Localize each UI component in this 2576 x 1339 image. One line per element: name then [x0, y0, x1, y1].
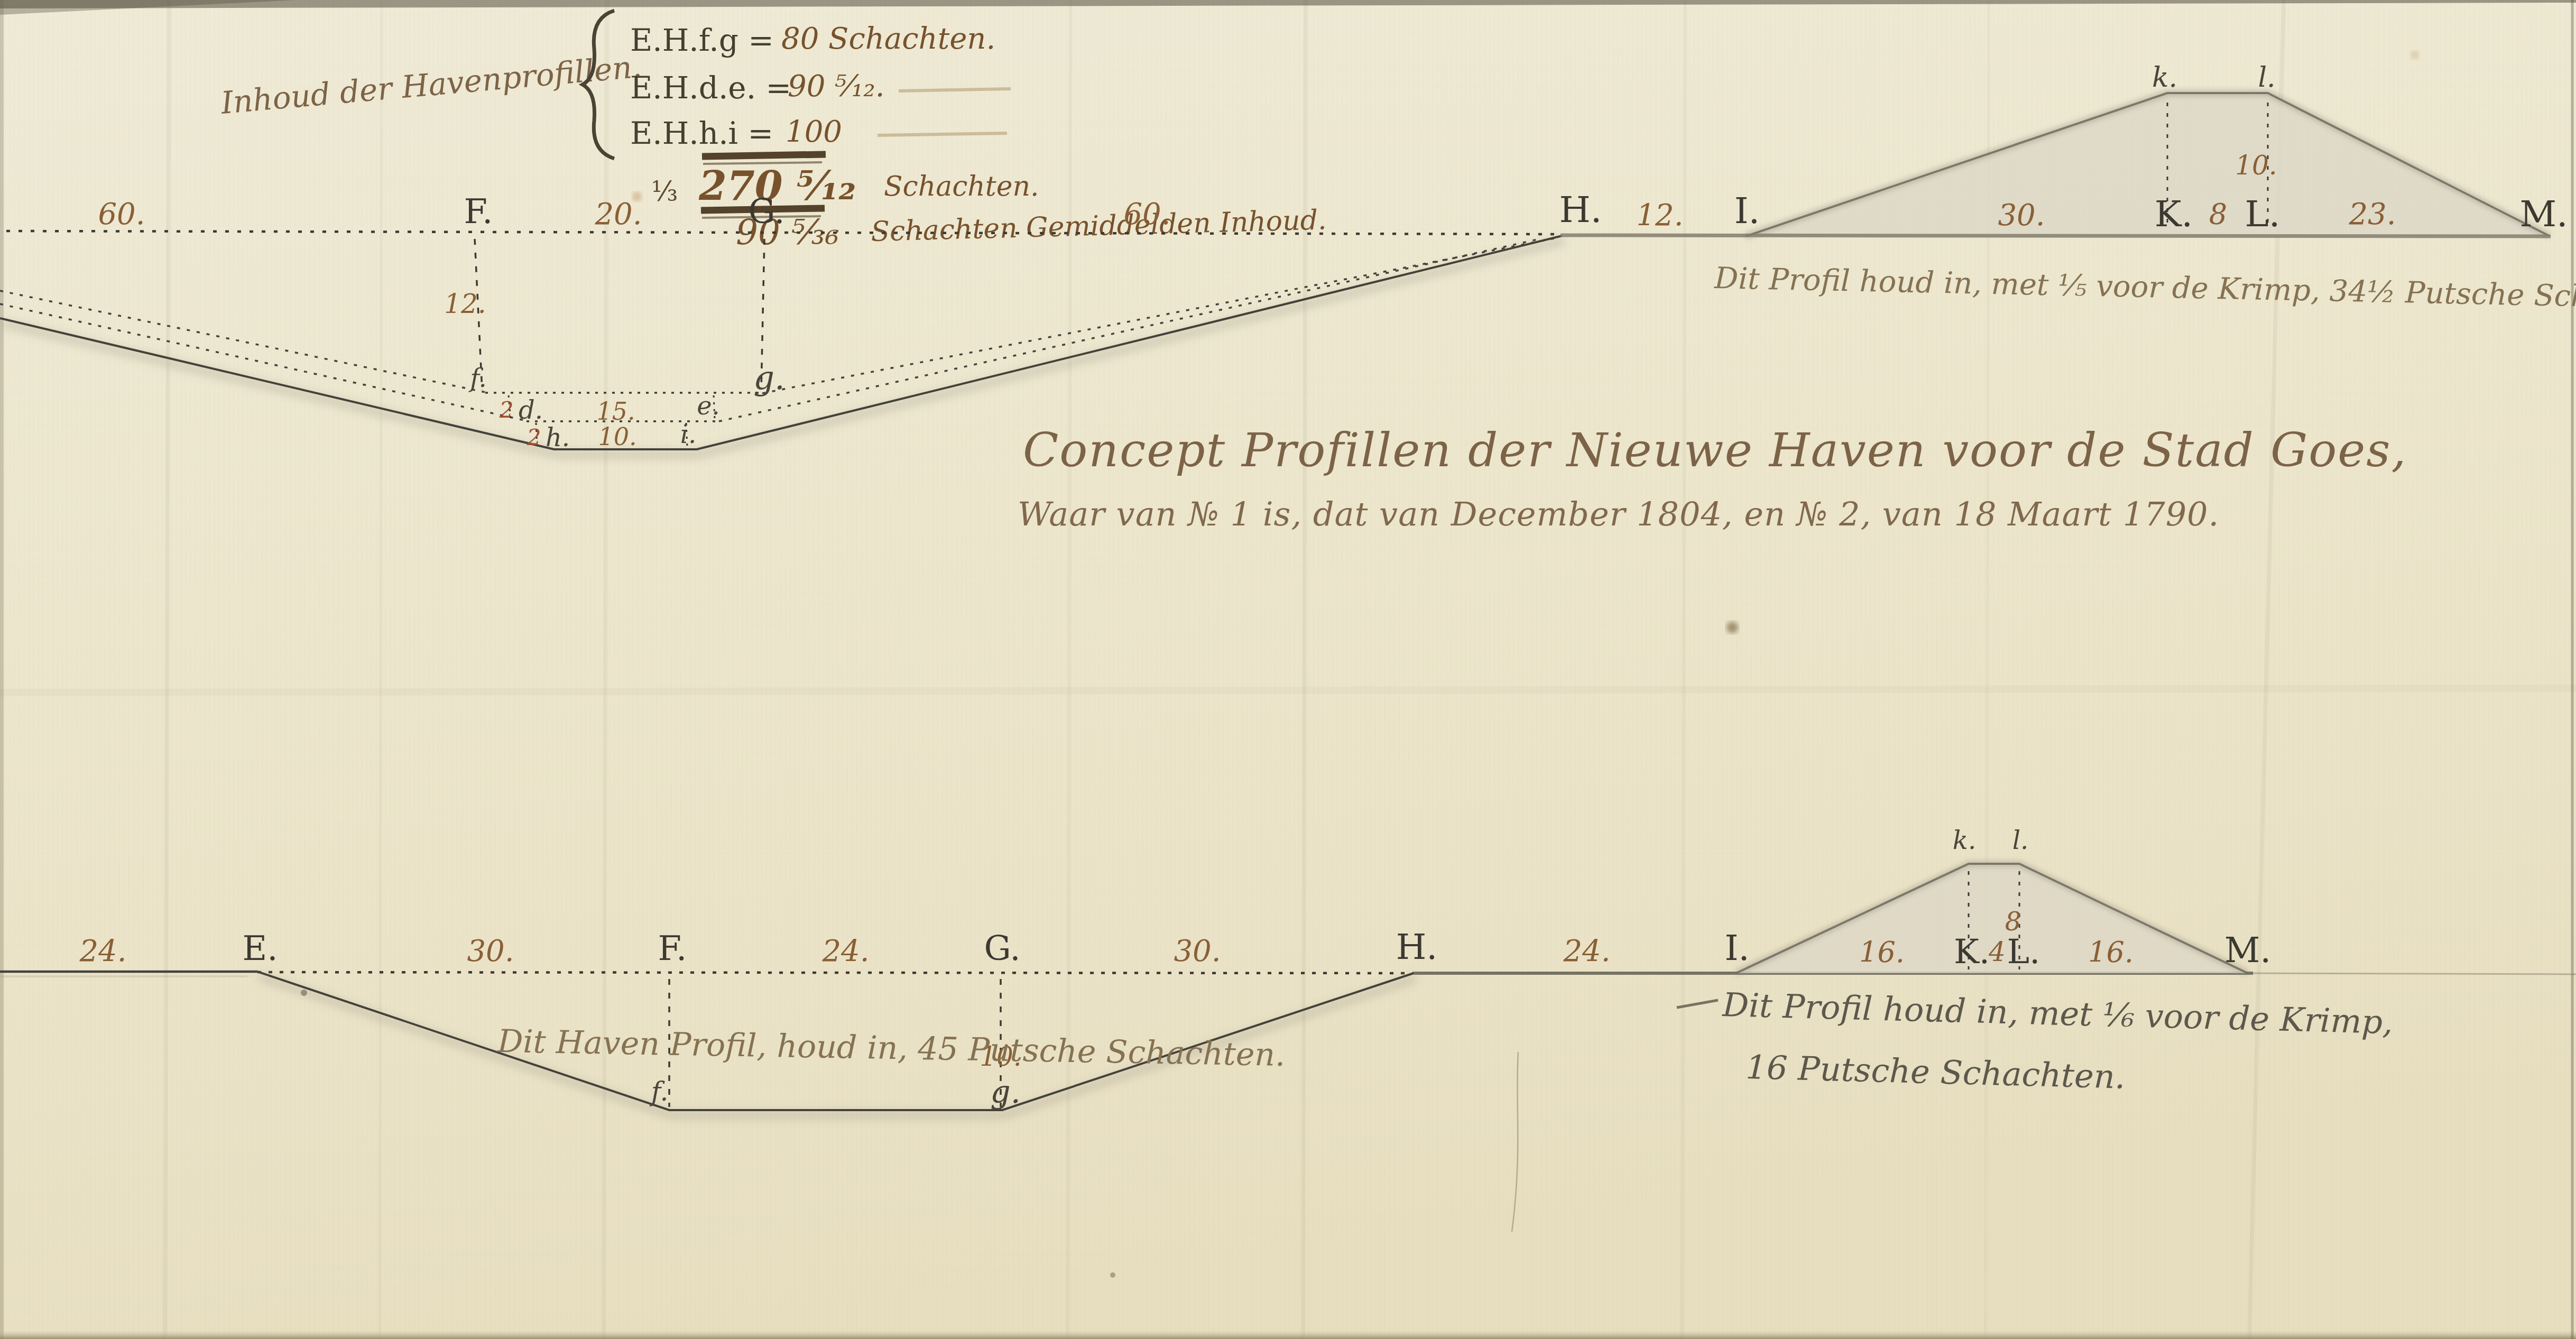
left-edge — [0, 0, 4, 1339]
hill-point-l: l. — [2258, 62, 2275, 94]
calc-row3-label: E.H.h.i = — [630, 115, 773, 151]
title-line2: Waar van № 1 is, dat van December 1804, … — [1018, 495, 2219, 533]
dist-label: 4 — [1988, 937, 2006, 967]
baseline-faint-right — [2253, 973, 2576, 974]
point-g: g. — [753, 358, 784, 397]
station-I: I. — [1734, 190, 1760, 232]
hill2-point-k: k. — [1953, 826, 1976, 855]
station-M2: M. — [2224, 930, 2272, 971]
hill-baseline — [1561, 235, 2551, 236]
station-L2: L. — [2007, 932, 2041, 972]
station-I2: I. — [1724, 928, 1749, 968]
dist-label: 60. — [1123, 197, 1170, 232]
station-M: M. — [2519, 193, 2568, 235]
station-H: H. — [1559, 189, 1602, 231]
row2-rule — [899, 89, 1011, 91]
point-f: f. — [468, 364, 486, 393]
width-de: 15. — [596, 397, 635, 426]
dist-label: 30. — [1174, 934, 1221, 968]
station-G2: G. — [984, 929, 1020, 968]
calc-total-unit: Schachten. — [884, 171, 1039, 202]
hill2-point-l: l. — [2012, 826, 2029, 855]
calc-row2-value: 90 ⁵⁄₁₂. — [788, 69, 885, 104]
calc-row1-value: 80 Schachten. — [781, 22, 995, 56]
dist-label: 24. — [1563, 934, 1610, 968]
dist-label: 60. — [98, 197, 145, 232]
point-d: d. — [519, 395, 543, 425]
dist-label: 24. — [821, 934, 869, 968]
title-line1: Concept Profillen der Nieuwe Haven voor … — [1023, 423, 2407, 477]
row3-rule — [878, 133, 1007, 135]
slope-2b: 2 — [527, 424, 541, 450]
dist-label: 8 — [2209, 198, 2227, 231]
slope-2a: 2 — [499, 397, 514, 423]
point-g2: g. — [990, 1074, 1020, 1111]
dist-label: 23. — [2348, 197, 2396, 232]
calc-row3-value: 100 — [786, 115, 842, 149]
dist-label: 24. — [79, 934, 126, 968]
dist-label: 12. — [1636, 198, 1683, 233]
surface-left-shadow — [0, 976, 248, 977]
station-F: F. — [464, 192, 493, 232]
point-e: e. — [697, 391, 720, 421]
station-G: G. — [748, 192, 784, 232]
calc-divisor: ¹⁄₃ — [651, 176, 678, 208]
hill2-height-label: 8 — [2005, 907, 2021, 937]
dist-label: 30. — [467, 934, 514, 968]
station-K: K. — [2155, 193, 2193, 235]
station-K2: K. — [1954, 932, 1990, 972]
calc-row2-label: E.H.d.e. = — [630, 70, 791, 106]
hill-point-k: k. — [2152, 62, 2177, 94]
dist-label: 16. — [2088, 936, 2134, 969]
hill-height-label: 10. — [2235, 150, 2277, 181]
point-i: i. — [680, 420, 697, 449]
point-h: h. — [546, 423, 570, 453]
station-H2: H. — [1396, 927, 1438, 967]
station-F2: F. — [658, 929, 687, 968]
dist-label: 16. — [1859, 936, 1905, 969]
dist-label: 30. — [1998, 198, 2045, 233]
point-f2: f. — [649, 1076, 669, 1107]
harbor-profiles-manuscript: Inhoud der Havenprofillen. E.H.f.g = 80 … — [0, 0, 2576, 1339]
calc-row1-label: E.H.f.g = — [630, 22, 774, 58]
station-E2: E. — [242, 929, 278, 968]
station-L: L. — [2245, 193, 2280, 235]
dist-label: 20. — [594, 197, 642, 232]
trench-depth-label: 12. — [444, 289, 486, 319]
bottom-edge — [0, 1330, 2576, 1339]
width-hi: 10. — [598, 422, 636, 451]
